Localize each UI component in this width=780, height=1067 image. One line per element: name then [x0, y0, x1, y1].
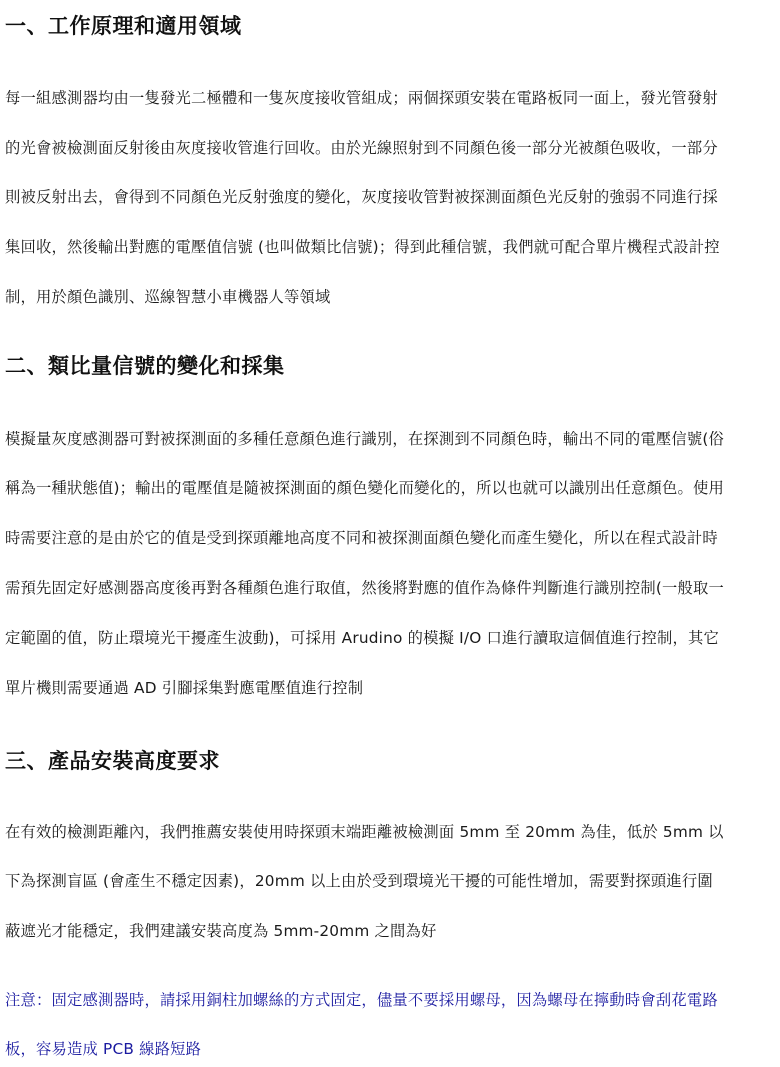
document-page: 一、工作原理和適用領域 每一組感測器均由一隻發光二極體和一隻灰度接收管組成；兩個… — [0, 0, 780, 1067]
paragraph-line: 模擬量灰度感測器可對被探測面的多種任意顏色進行識別，在探測到不同顏色時，輸出不同… — [5, 427, 724, 449]
paragraph-line: 需預先固定好感測器高度後再對各種顏色進行取值，然後將對應的值作為條件判斷進行識別… — [5, 576, 724, 598]
paragraph-line: 蔽遮光才能穩定，我們建議安裝高度為 5mm-20mm 之間為好 — [5, 919, 436, 941]
paragraph-line: 單片機則需要通過 AD 引腳採集對應電壓值進行控制 — [5, 676, 363, 698]
paragraph-line: 時需要注意的是由於它的值是受到探頭離地高度不同和被探測面顏色變化而產生變化，所以… — [5, 526, 718, 548]
paragraph-line: 集回收，然後輸出對應的電壓值信號 (也叫做類比信號)；得到此種信號，我們就可配合… — [5, 235, 720, 257]
paragraph-line: 制，用於顏色識別、巡線智慧小車機器人等領域 — [5, 285, 330, 307]
note-line: 板，容易造成 PCB 線路短路 — [5, 1037, 201, 1059]
paragraph-line: 的光會被檢測面反射後由灰度接收管進行回收。由於光線照射到不同顏色後一部分光被顏色… — [5, 136, 718, 158]
paragraph-line: 稱為一種狀態值)；輸出的電壓值是隨被探測面的顏色變化而變化的，所以也就可以識別出… — [5, 476, 724, 498]
paragraph-line: 每一組感測器均由一隻發光二極體和一隻灰度接收管組成；兩個探頭安裝在電路板同一面上… — [5, 86, 718, 108]
section-heading-install-height: 三、產品安裝高度要求 — [5, 745, 220, 775]
note-line: 注意：固定感測器時，請採用銅柱加螺絲的方式固定，儘量不要採用螺母，因為螺母在擰動… — [5, 988, 718, 1010]
paragraph-line: 在有效的檢測距離內，我們推薦安裝使用時探頭末端距離被檢測面 5mm 至 20mm… — [5, 820, 724, 842]
paragraph-line: 下為探測盲區 (會產生不穩定因素)，20mm 以上由於受到環境光干擾的可能性增加… — [5, 869, 713, 891]
paragraph-line: 則被反射出去，會得到不同顏色光反射強度的變化，灰度接收管對被探測面顏色光反射的強… — [5, 185, 718, 207]
section-heading-working-principle: 一、工作原理和適用領域 — [5, 10, 242, 40]
paragraph-line: 定範圍的值，防止環境光干擾產生波動)，可採用 Arudino 的模擬 I/O 口… — [5, 626, 719, 648]
section-heading-analog-signal: 二、類比量信號的變化和採集 — [5, 350, 285, 380]
